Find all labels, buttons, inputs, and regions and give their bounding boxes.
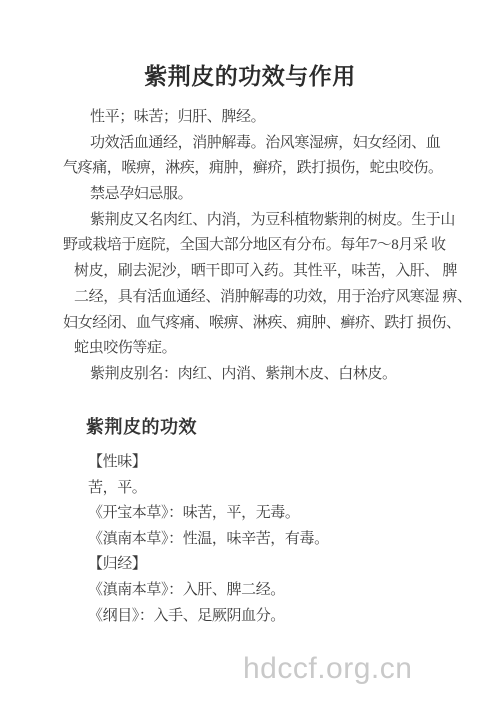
document-page: 紫荆皮的功效与作用 性平；味苦；归肝、脾经。功效活血通经，消肿解毒。治风寒湿痹，… [0,0,500,707]
page-title: 紫荆皮的功效与作用 [0,62,500,90]
text-line: 【归经】 [0,552,500,578]
text-line: 紫荆皮又名肉红、内消，为豆科植物紫荆的树皮。生于山 [0,208,500,234]
text-line: 蛇虫咬伤等症。 [0,336,500,362]
section-heading: 紫荆皮的功效 [86,416,197,438]
section-lines: 【性味】苦，平。《开宝本草》：味苦，平，无毒。《滇南本草》：性温，味辛苦，有毒。… [0,450,500,629]
text-line: 功效活血通经，消肿解毒。治风寒湿痹，妇女经闭、血 [0,131,500,157]
text-line: 妇女经闭、血气疼痛、喉痹、淋疾、痈肿、癣疥、跌打 损伤、 [0,311,500,337]
text-line: 《开宝本草》：味苦，平，无毒。 [0,501,500,527]
text-line: 树皮，刷去泥沙，晒干即可入药。其性平，味苦，入肝、 脾 [0,259,500,285]
text-line: 野或栽培于庭院，全国大部分地区有分布。每年7～8月采 收 [0,233,500,259]
intro-paragraphs: 性平；味苦；归肝、脾经。功效活血通经，消肿解毒。治风寒湿痹，妇女经闭、血气疼痛，… [0,105,500,388]
text-line: 《纲目》：入手、足厥阴血分。 [0,604,500,630]
text-line: 气疼痛，喉痹，淋疾，痈肿，癣疥，跌打损伤，蛇虫咬伤。 [0,156,500,182]
text-line: 苦，平。 [0,476,500,502]
watermark: hdccf.org.cn [243,652,412,686]
text-line: 禁忌孕妇忌服。 [0,182,500,208]
text-line: 【性味】 [0,450,500,476]
text-line: 性平；味苦；归肝、脾经。 [0,105,500,131]
text-line: 《滇南本草》：入肝、脾二经。 [0,578,500,604]
text-line: 《滇南本草》：性温，味辛苦，有毒。 [0,527,500,553]
text-line: 二经，具有活血通经、消肿解毒的功效，用于治疗风寒湿 痹、 [0,285,500,311]
text-line: 紫荆皮别名：肉红、内消、紫荆木皮、白林皮。 [0,362,500,388]
